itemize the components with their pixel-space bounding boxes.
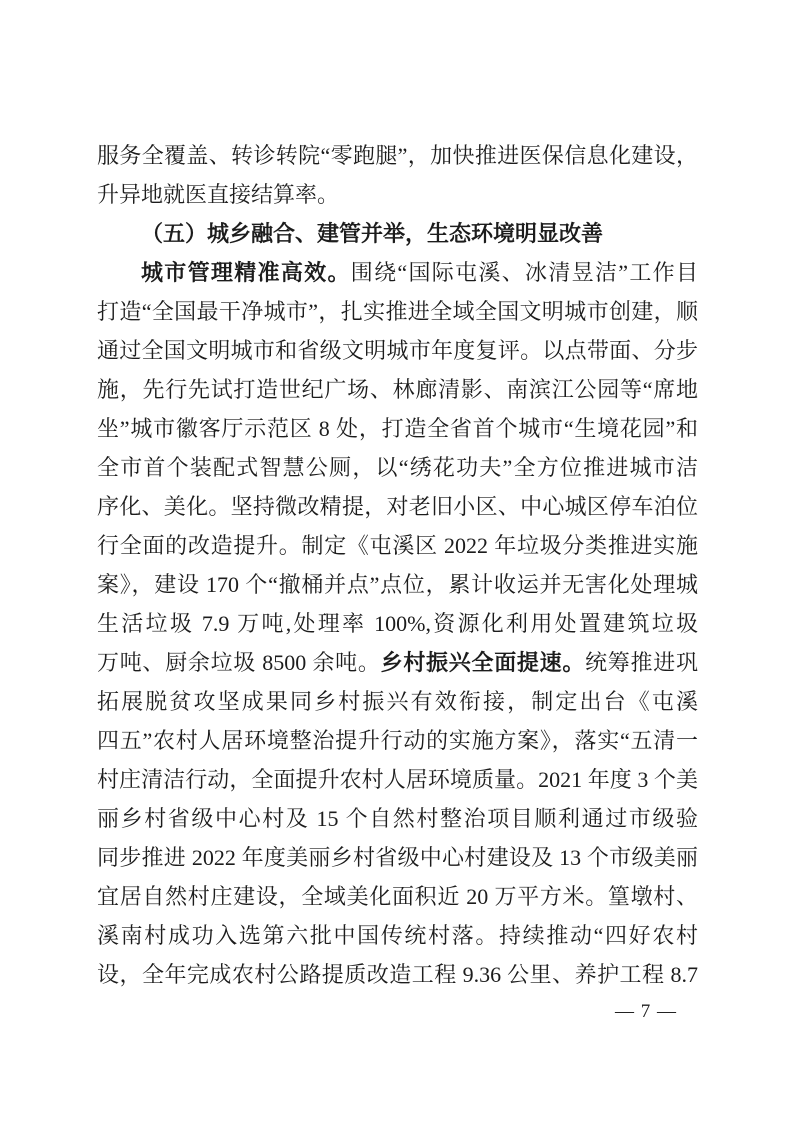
body-line: 打造“全国最干净城市”，扎实推进全域全国文明城市创建，顺利 [97,292,698,331]
body-line: 生活垃圾 7.9 万吨,处理率 100%,资源化利用处置建筑垃圾 17.82 [97,604,698,643]
body-line: 四五”农村人居环境整治提升行动的实施方案》，落实“五清一改” [97,721,698,760]
body-line: 坐”城市徽客厅示范区 8 处，打造全省首个城市“生境花园”和 [97,409,698,448]
body-line: 施，先行先试打造世纪广场、林廊清影、南滨江公园等“席地而 [97,370,698,409]
body-line: 通过全国文明城市和省级文明城市年度复评。以点带面、分步实 [97,331,698,370]
body-line: 升异地就医直接结算率。 [97,175,698,214]
body-line: 拓展脱贫攻坚成果同乡村振兴有效衔接，制定出台《屯溪区“十 [97,682,698,721]
body-line: 万吨、厨余垃圾 8500 余吨。乡村振兴全面提速。统筹推进巩固 [97,643,698,682]
body-line: 宜居自然村庄建设，全域美化面积近 20 万平方米。篁墩村、南 [97,877,698,916]
body-line: 全市首个装配式智慧公厕，以“绣花功夫”全方位推进城市洁化、 [97,448,698,487]
section-heading: （五）城乡融合、建管并举，生态环境明显改善 [97,214,698,253]
document-page: 服务全覆盖、转诊转院“零跑腿”，加快推进医保信息化建设，提 升异地就医直接结算率… [0,0,793,1122]
emphasis-run: 乡村振兴全面提速。 [381,650,585,675]
body-line: 溪南村成功入选第六批中国传统村落。持续推动“四好农村路”建 [97,916,698,955]
body-line: 城市管理精准高效。围绕“国际屯溪、冰清昱洁”工作目标， [97,253,698,292]
body-line: 服务全覆盖、转诊转院“零跑腿”，加快推进医保信息化建设，提 [97,136,698,175]
body-line: 同步推进 2022 年度美丽乡村省级中心村建设及 13 个市级美丽 [97,838,698,877]
page-number: — 7 — [615,1001,677,1023]
text-run: 万吨、厨余垃圾 8500 余吨。 [97,650,381,675]
body-line: 村庄清洁行动，全面提升农村人居环境质量。2021 年度 3 个美 [97,760,698,799]
body-line: 设，全年完成农村公路提质改造工程 9.36 公里、养护工程 8.7 公 [97,955,698,994]
body-line: 行全面的改造提升。制定《屯溪区 2022 年垃圾分类推进实施方 [97,526,698,565]
body-line: 丽乡村省级中心村及 15 个自然村整治项目顺利通过市级验收， [97,799,698,838]
emphasis-run: 城市管理精准高效。 [141,260,351,285]
body-line: 序化、美化。坚持微改精提，对老旧小区、中心城区停车泊位进 [97,487,698,526]
document-body: 服务全覆盖、转诊转院“零跑腿”，加快推进医保信息化建设，提 升异地就医直接结算率… [97,136,698,994]
body-line: 案》，建设 170 个“撤桶并点”点位，累计收运并无害化处理城镇 [97,565,698,604]
